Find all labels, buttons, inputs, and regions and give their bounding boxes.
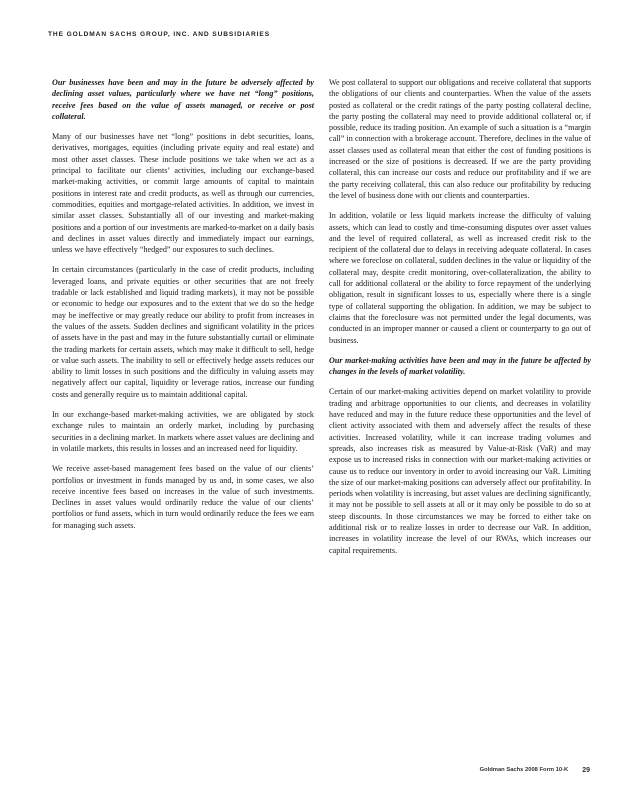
body-paragraph: In our exchange-based market-making acti… <box>52 409 314 454</box>
body-paragraph: In certain circumstances (particularly i… <box>52 264 314 400</box>
risk-heading-declining-asset-values: Our businesses have been and may in the … <box>52 77 314 122</box>
body-paragraph: In addition, volatile or less liquid mar… <box>329 210 591 346</box>
body-paragraph: Many of our businesses have net “long” p… <box>52 131 314 255</box>
running-head: THE GOLDMAN SACHS GROUP, INC. AND SUBSID… <box>48 31 270 38</box>
publication-title: Goldman Sachs 2008 Form 10-K <box>480 767 569 774</box>
body-paragraph: We receive asset-based management fees b… <box>52 463 314 531</box>
body-paragraph: Certain of our market-making activities … <box>329 386 591 555</box>
page-number: 29 <box>582 767 590 774</box>
page-footer: Goldman Sachs 2008 Form 10-K 29 <box>440 767 590 774</box>
left-column: Our businesses have been and may in the … <box>52 77 314 540</box>
right-column: We post collateral to support our obliga… <box>329 77 591 565</box>
body-paragraph: We post collateral to support our obliga… <box>329 77 591 201</box>
risk-heading-market-volatility: Our market-making activities have been a… <box>329 355 591 378</box>
